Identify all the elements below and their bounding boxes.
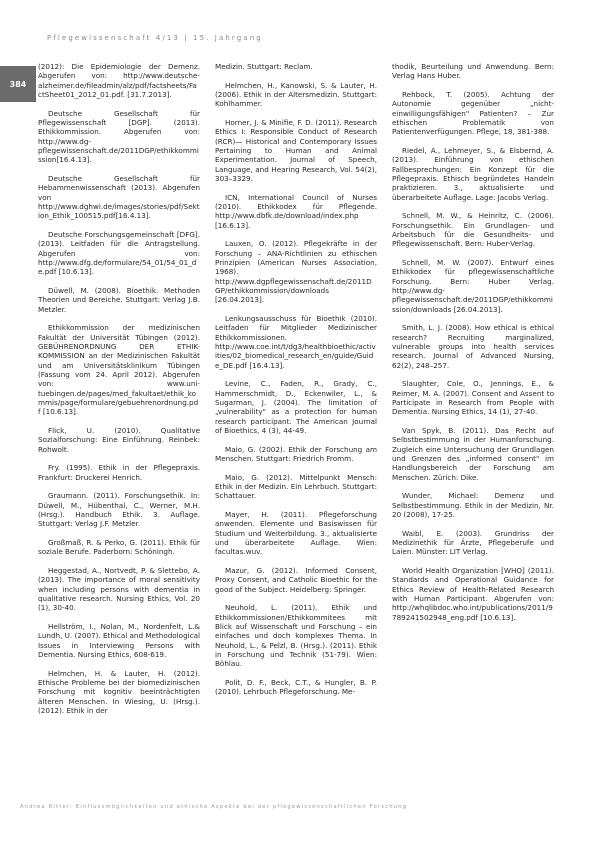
reference-entry: Flick, U. (2010). Qualitative Sozialfors…	[38, 426, 200, 454]
reference-column-3: thodik, Beurteilung und Anwendung. Bern:…	[392, 62, 554, 631]
reference-column-2: Medizin. Stuttgart: Reclam. Helmchen, H.…	[215, 62, 377, 706]
reference-entry: Medizin. Stuttgart: Reclam.	[215, 62, 377, 71]
reference-entry: Riedel, A., Lehmeyer, S., & Elsbernd, A.…	[392, 146, 554, 202]
reference-entry: Slaughter, Cole, O., Jennings, E., & Rei…	[392, 379, 554, 416]
reference-entry: Smith, L. J. (2008). How ethical is ethi…	[392, 323, 554, 370]
reference-entry: Deutsche Gesellschaft für Pflegewissensc…	[38, 109, 200, 165]
reference-entry: Helmchen, H., Kanowski, S. & Lauter, H. …	[215, 81, 377, 109]
running-footer: Andrea Ritter: Einflussmöglichkeiten und…	[20, 804, 407, 810]
reference-entry: Helmchen, H. & Lauter, H. (2012). Ethisc…	[38, 669, 200, 716]
reference-entry: World Health Organization [WHO] (2011). …	[392, 566, 554, 622]
reference-entry: Maio, G. (2012). Mittelpunkt Mensch: Eth…	[215, 473, 377, 501]
reference-entry: Levine, C., Faden, R., Grady, C., Hammer…	[215, 379, 377, 435]
reference-entry: Deutsche Forschungsgemeinschaft [DFG]. (…	[38, 230, 200, 277]
reference-column-1: (2012): Die Epidemiologie der Demenz. Ab…	[38, 62, 200, 725]
reference-entry: Heggestad, A., Nortvedt, P. & Slettebo, …	[38, 566, 200, 613]
reference-entry: Großmaß, R. & Perko, G. (2011). Ethik fü…	[38, 538, 200, 557]
reference-entry: Lauxen, O. (2012). Pflegekräfte in der F…	[215, 239, 377, 304]
reference-entry: Mazur, G. (2012). Informed Consent, Prox…	[215, 566, 377, 594]
reference-entry: Hellström, I., Nolan, M., Nordenfelt, L.…	[38, 622, 200, 659]
reference-entry: Rehbock, T. (2005). Achtung der Autonomi…	[392, 90, 554, 137]
reference-entry: Lenkungsausschuss für Bioethik (2010). L…	[215, 314, 377, 370]
reference-entry: (2012): Die Epidemiologie der Demenz. Ab…	[38, 62, 200, 99]
reference-entry: Wunder, Michael: Demenz und Selbstbestim…	[392, 491, 554, 519]
reference-entry: Waibl, E. (2003). Grundriss der Medizine…	[392, 529, 554, 557]
reference-entry: Graumann. (2011). Forschungsethik. In: D…	[38, 491, 200, 528]
reference-entry: Ethikkommission der medizinischen Fakult…	[38, 323, 200, 416]
reference-entry: Mayer, H. (2011). Pflegeforschung anwend…	[215, 510, 377, 557]
running-header: Pflegewissenschaft 4/13 | 15. Jahrgang	[47, 34, 263, 42]
reference-entry: Neuhold, L. (2011). Ethik und Ethikkommi…	[215, 603, 377, 668]
reference-entry: Maio, G. (2002). Ethik der Forschung am …	[215, 445, 377, 464]
reference-entry: Düwell, M. (2008). Bioethik. Methoden Th…	[38, 286, 200, 314]
reference-entry: Fry. (1995). Ethik in der Pflegepraxis. …	[38, 463, 200, 482]
reference-entry: Polit, D. F., Beck, C.T., & Hungler, B. …	[215, 678, 377, 697]
reference-entry: Schnell, M. W., & Heinritz, C. (2006). F…	[392, 211, 554, 248]
reference-entry: Van Spyk, B. (2011). Das Recht auf Selbs…	[392, 426, 554, 482]
reference-entry: Horner, J. & Minifie, F. D. (2011). Rese…	[215, 118, 377, 183]
reference-entry: thodik, Beurteilung und Anwendung. Bern:…	[392, 62, 554, 81]
reference-entry: ICN, International Council of Nurses (20…	[215, 193, 377, 230]
reference-entry: Schnell, M. W. (2007). Entwurf eines Eth…	[392, 258, 554, 314]
reference-entry: Deutsche Gesellschaft für Hebammenwissen…	[38, 174, 200, 221]
page-number: 384	[0, 66, 36, 102]
